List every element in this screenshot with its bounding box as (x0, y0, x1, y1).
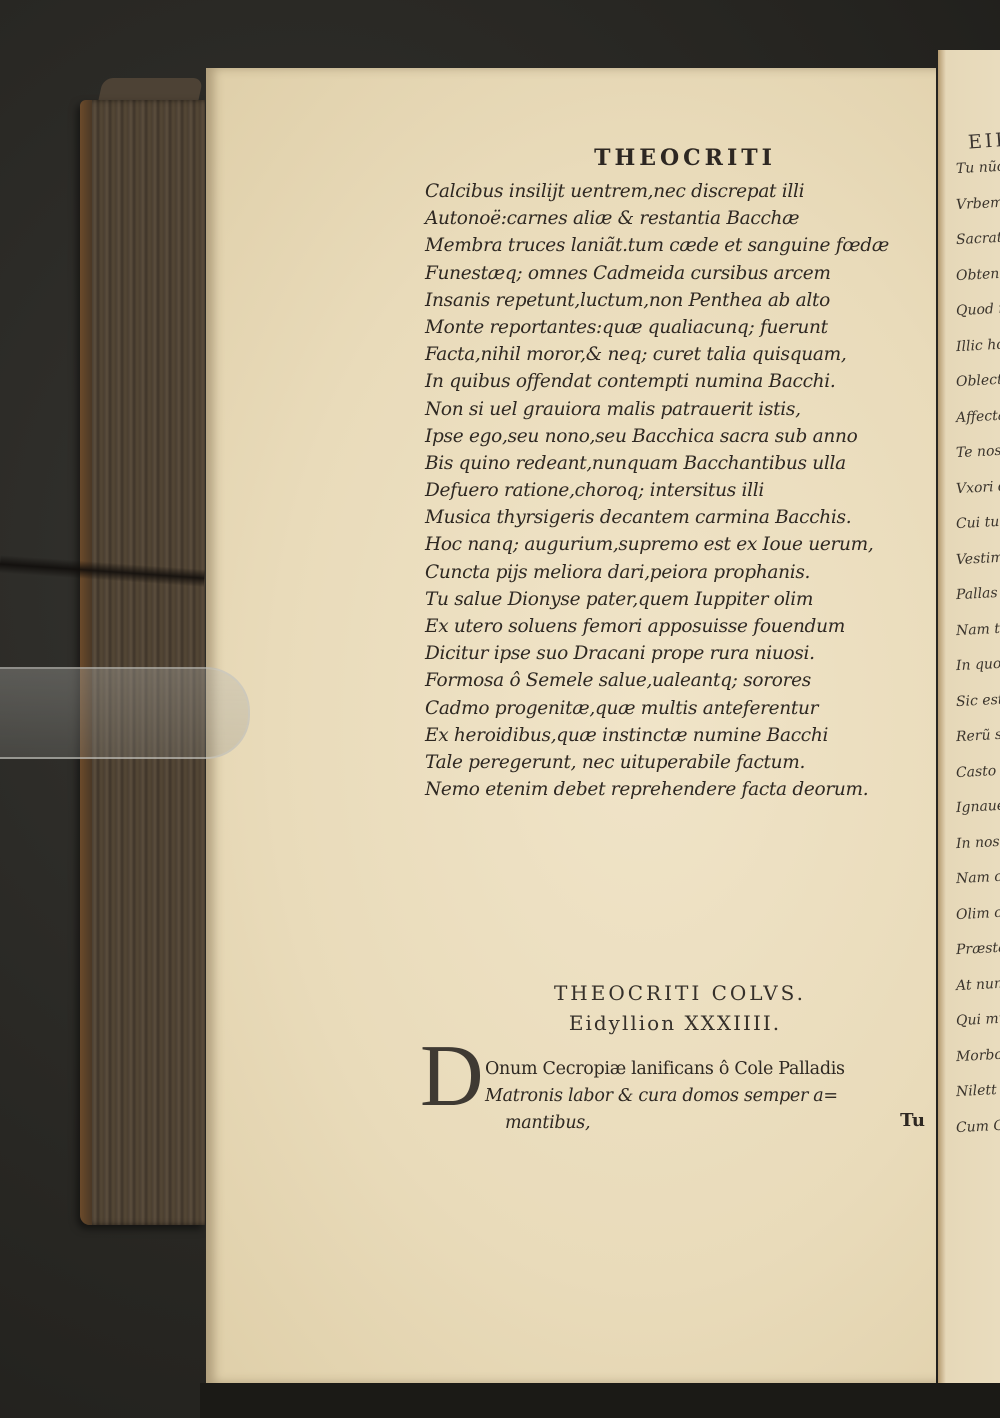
verse-line: Cuncta pijs meliora dari,peiora prophani… (425, 559, 925, 586)
facing-line: Olim co (955, 893, 1000, 933)
verse-line: Autonoë:carnes aliæ & restantia Bacchæ (425, 205, 925, 232)
verse-line: Formosa ô Semele salue,ualeantq; sorores (425, 667, 925, 694)
facing-line: Casto pect (955, 751, 1000, 791)
intro-line: Onum Cecropiæ lanificans ô Cole Palladis (485, 1056, 925, 1083)
facing-line: Qui mu (955, 1000, 1000, 1040)
verse-block: Calcibus insilijt uentrem,nec discrepat … (425, 178, 925, 803)
facing-line: Nilett fi (955, 1071, 1000, 1111)
facing-line: Illic hospi (955, 325, 1000, 365)
facing-line: Affecta,C (955, 396, 1000, 436)
intro-verses: Onum Cecropiæ lanificans ô Cole Palladis… (485, 1056, 925, 1138)
book-fore-edge (80, 100, 205, 1225)
facing-line: Cui tu com (955, 503, 1000, 543)
facing-line: Obtentus p (955, 254, 1000, 294)
facing-line: Oblectem (955, 361, 1000, 401)
facing-line: Cum Gr (955, 1106, 1000, 1146)
facing-page: EID Tu nũc fidVrbem,quæSacratumObtentus … (938, 50, 1000, 1388)
facing-line: In quouis (955, 645, 1000, 685)
verse-line: Defuero ratione,choroq; intersitus illi (425, 477, 925, 504)
facing-line: Nam tom (955, 609, 1000, 649)
verse-line: Funestæq; omnes Cadmeida cursibus arcem (425, 260, 925, 287)
section-subtitle: Eidyllion XXXIIII. (425, 1011, 925, 1035)
verse-line: Hoc nanq; augurium,supremo est ex Ioue u… (425, 531, 925, 558)
verse-line: Tu salue Dionyse pater,quem Iuppiter oli… (425, 586, 925, 613)
running-head: THEOCRITI (425, 138, 925, 178)
facing-line: Ignaue d (955, 787, 1000, 827)
facing-line: Morbos (955, 1035, 1000, 1075)
verse-line: Ex heroidibus,quæ instinctæ numine Bacch… (425, 722, 925, 749)
verse-line: Ipse ego,seu nono,seu Bacchica sacra sub… (425, 423, 925, 450)
verse-line: Insanis repetunt,luctum,non Penthea ab a… (425, 287, 925, 314)
facing-line: Tu nũc fid (955, 148, 1000, 188)
page-clip (0, 667, 250, 759)
facing-line: Te nos ex (955, 432, 1000, 472)
facing-line: Pallas cer (955, 574, 1000, 614)
verse-line: Nemo etenim debet reprehendere facta deo… (425, 776, 925, 803)
facing-line: In nostri (955, 822, 1000, 862)
verse-line: Musica thyrsigeris decantem carmina Bacc… (425, 504, 925, 531)
facing-line: Nam cer (955, 858, 1000, 898)
verse-line: Cadmo progenitæ,quæ multis anteferentur (425, 695, 925, 722)
verse-line: Calcibus insilijt uentrem,nec discrepat … (425, 178, 925, 205)
verse-line: In quibus offendat contempti numina Bacc… (425, 368, 925, 395)
verse-line: Ex utero soluens femori apposuisse fouen… (425, 613, 925, 640)
verse-line: Monte reportantes:quæ qualiacunq; fuerun… (425, 314, 925, 341)
facing-line: Sacratum (955, 219, 1000, 259)
section-title: THEOCRITI COLVS. (425, 981, 925, 1005)
facing-line: Rerũ sem (955, 716, 1000, 756)
verse-line: Membra truces laniãt.tum cæde et sanguin… (425, 232, 925, 259)
drop-cap: D (420, 1033, 484, 1121)
verse-line: Facta,nihil moror,& neq; curet talia qui… (425, 341, 925, 368)
facing-line: Vrbem,quæ (955, 183, 1000, 223)
facing-text: Tu nũc fidVrbem,quæSacratumObtentus pQuo… (956, 150, 1000, 1144)
verse-line: Tale peregerunt, nec uituperabile factum… (425, 749, 925, 776)
facing-line: Quod mon (955, 290, 1000, 330)
verse-line: Dicitur ipse suo Dracani prope rura niuo… (425, 640, 925, 667)
intro-line: Matronis labor & cura domos semper a= (485, 1083, 925, 1110)
intro-line: mantibus, (485, 1110, 925, 1137)
facing-line: Præstan (955, 929, 1000, 969)
page-text-block: THEOCRITI Calcibus insilijt uentrem,nec … (425, 138, 925, 803)
verse-line: Bis quino redeant,nunquam Bacchantibus u… (425, 450, 925, 477)
catchword: Tu (900, 1110, 925, 1131)
background-surface (200, 1383, 1000, 1418)
facing-line: Vxori dab (955, 467, 1000, 507)
facing-line: At nun (955, 964, 1000, 1004)
facing-line: Sic est & (955, 680, 1000, 720)
facing-line: Vestiment (955, 538, 1000, 578)
verse-line: Non si uel grauiora malis patrauerit ist… (425, 396, 925, 423)
